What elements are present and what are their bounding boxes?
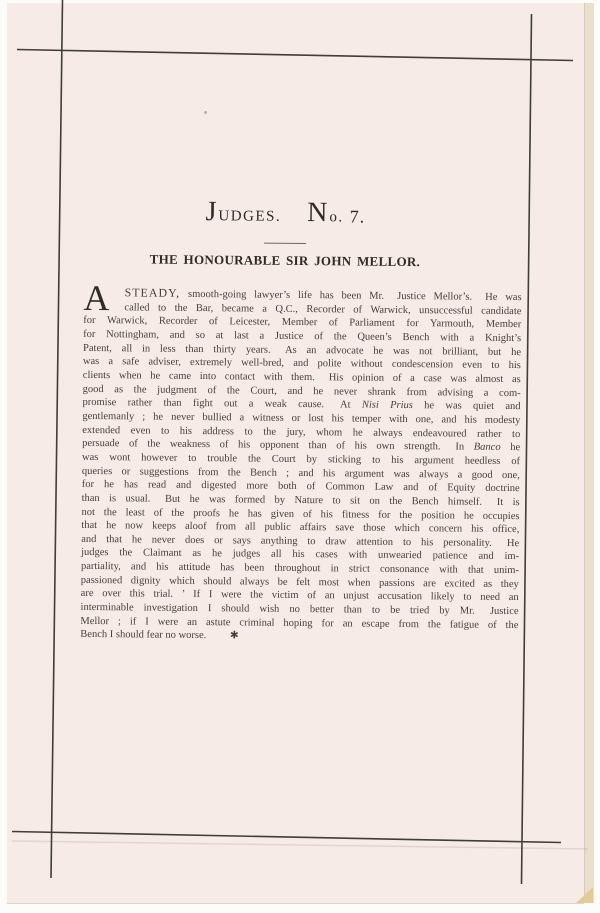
title-block: JUDGES.No.7. THE HONOURABLE SIR JOHN MEL…: [135, 197, 436, 269]
drop-cap: A: [83, 286, 109, 311]
title-rule: [264, 243, 306, 244]
paragraph-lines: STEADY, smooth-going lawyer’s life has b…: [80, 286, 521, 646]
number-rest: o.: [329, 209, 343, 225]
number-initial: N: [307, 197, 330, 228]
series-title: JUDGES.No.7.: [135, 197, 435, 228]
series-rest: UDGES.: [218, 208, 281, 225]
issue-numeral: 7.: [350, 206, 366, 226]
article-paragraph: A STEADY, smooth-going lawyer’s life has…: [80, 286, 521, 646]
page-content: JUDGES.No.7. THE HONOURABLE SIR JOHN MEL…: [0, 0, 600, 913]
scanned-page: JUDGES.No.7. THE HONOURABLE SIR JOHN MEL…: [0, 0, 600, 913]
page-title: THE HONOURABLE SIR JOHN MELLOR.: [135, 252, 435, 269]
series-initial: J: [205, 196, 218, 227]
